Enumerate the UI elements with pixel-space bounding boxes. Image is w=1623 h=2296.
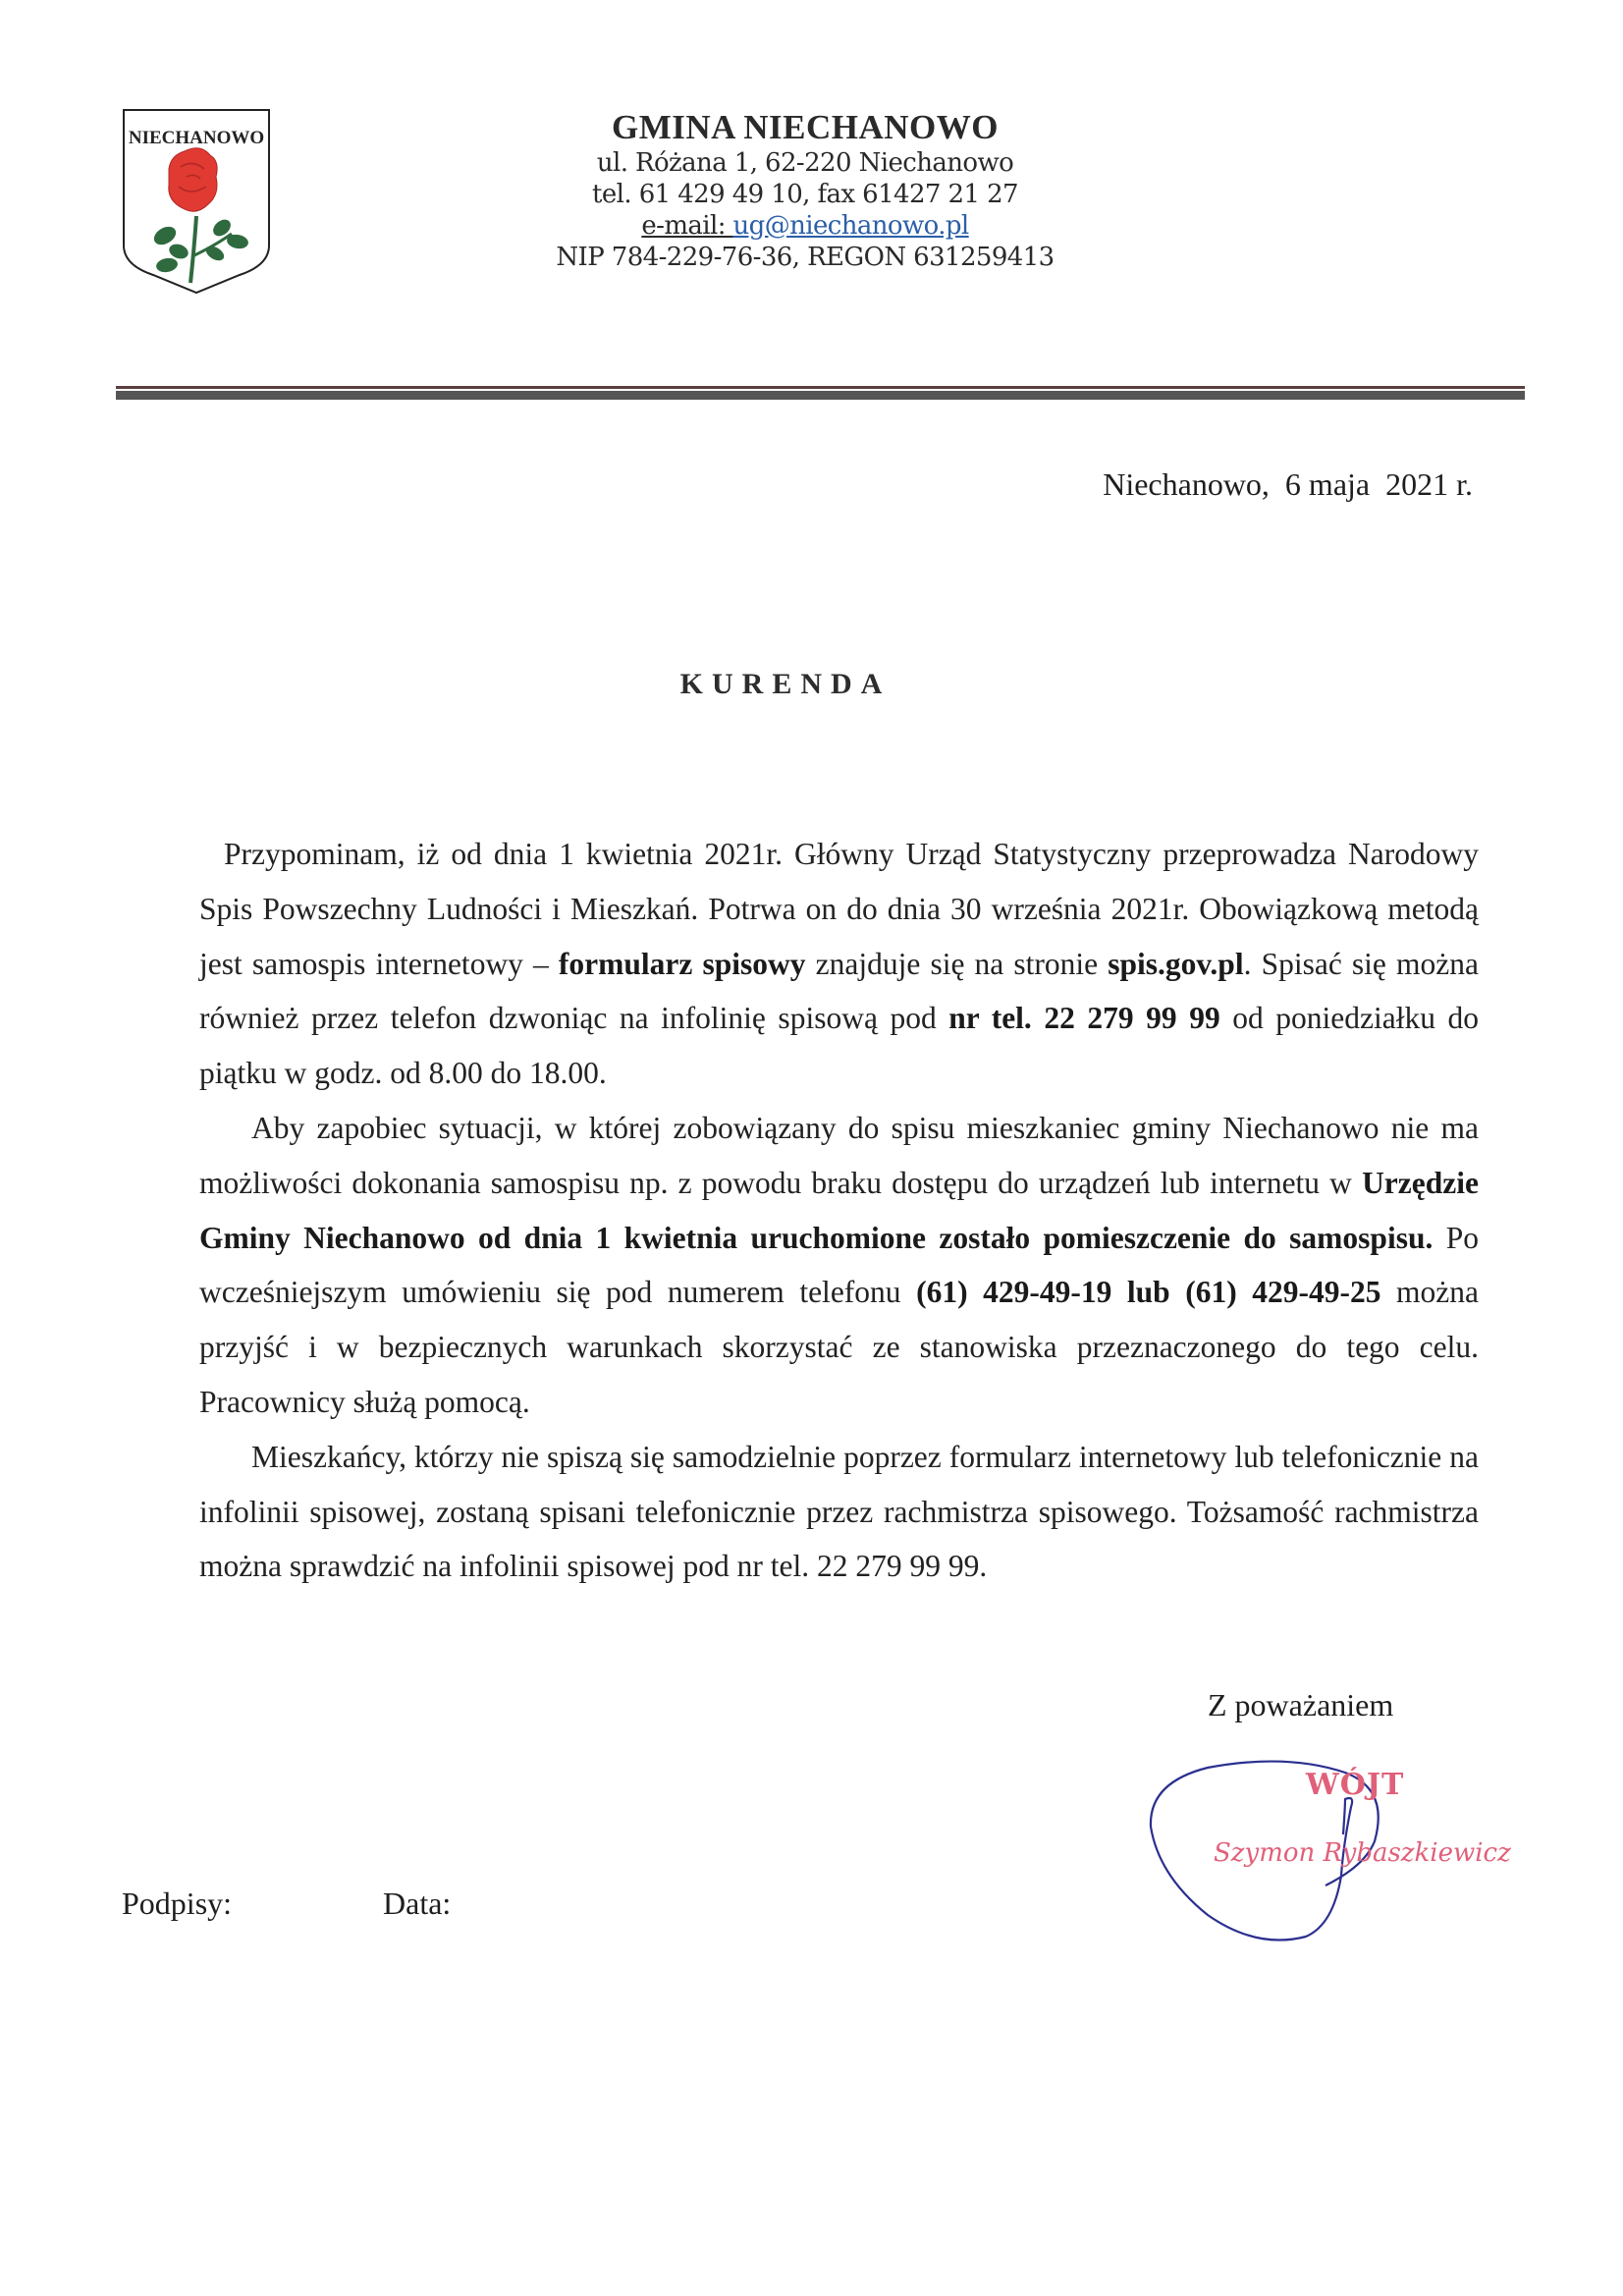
stamp-title: WÓJT — [1306, 1768, 1404, 1802]
paragraph-2: Aby zapobiec sytuacji, w której zobowiąz… — [199, 1101, 1479, 1430]
letter-body: Przypominam, iż od dnia 1 kwietnia 2021r… — [199, 827, 1479, 1594]
stamp-name: Szymon Rybaszkiewicz — [1214, 1838, 1511, 1868]
date-line: Niechanowo, 6 maja 2021 r. — [982, 466, 1473, 503]
header-divider-thick — [116, 391, 1525, 400]
email-label: e-mail: — [641, 211, 732, 241]
emphasis-website: spis.gov.pl — [1108, 947, 1243, 981]
email-line: e-mail: ug@niechanowo.pl — [530, 210, 1080, 242]
emphasis-hotline: nr tel. 22 279 99 99 — [948, 1001, 1219, 1035]
letterhead: GMINA NIECHANOWO ul. Różana 1, 62-220 Ni… — [530, 108, 1080, 273]
crest-label: NIECHANOWO — [129, 128, 264, 148]
phone-fax: tel. 61 429 49 10, fax 61427 21 27 — [530, 179, 1080, 210]
address: ul. Różana 1, 62-220 Niechanowo — [530, 147, 1080, 179]
municipal-crest: NIECHANOWO — [122, 108, 271, 300]
closing-salutation: Z poważaniem — [1208, 1687, 1393, 1723]
document-heading: KURENDA — [589, 668, 982, 701]
municipality-name: GMINA NIECHANOWO — [530, 108, 1080, 147]
tax-ids: NIP 784-229-76-36, REGON 631259413 — [530, 242, 1080, 273]
emphasis-phones: (61) 429-49-19 lub (61) 429-49-25 — [916, 1275, 1380, 1309]
emphasis-form: formularz spisowy — [559, 947, 806, 981]
paragraph-1: Przypominam, iż od dnia 1 kwietnia 2021r… — [199, 827, 1479, 1101]
signature-scribble-icon — [1149, 1728, 1522, 1944]
rose-crest-icon: NIECHANOWO — [122, 108, 271, 300]
header-divider-thin — [116, 386, 1525, 389]
date-label: Data: — [383, 1886, 451, 1922]
paragraph-3: Mieszkańcy, którzy nie spiszą się samodz… — [199, 1430, 1479, 1594]
signatures-label: Podpisy: — [122, 1886, 232, 1922]
email-link[interactable]: ug@niechanowo.pl — [733, 211, 969, 241]
